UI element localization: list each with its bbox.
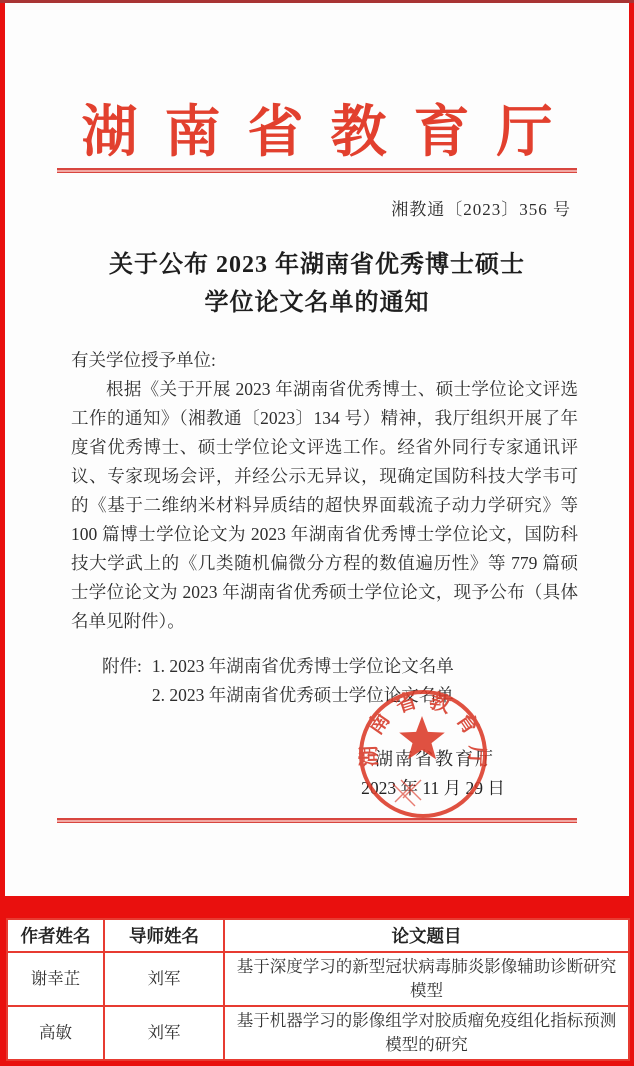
official-seal: 湖南省教育厅	[353, 688, 495, 824]
agency-name: 湖南省教育厅	[5, 88, 629, 168]
thesis-table: 作者姓名 导师姓名 论文题目 谢幸芷 刘军 基于深度学习的新型冠状病毒肺炎影像辅…	[6, 918, 630, 1061]
attachment-item: 1. 2023 年湖南省优秀博士学位论文名单	[152, 652, 454, 681]
notice-title-line2: 学位论文名单的通知	[5, 284, 629, 322]
scanned-notice-page: 湖南省教育厅 湘教通〔2023〕356 号 关于公布 2023 年湖南省优秀博士…	[0, 0, 634, 1066]
author-cell: 谢幸芷	[7, 952, 104, 1006]
header-author: 作者姓名	[7, 919, 104, 952]
advisor-cell: 刘军	[104, 1006, 224, 1060]
document-paper: 湖南省教育厅 湘教通〔2023〕356 号 关于公布 2023 年湖南省优秀博士…	[5, 3, 629, 896]
header-divider-rule	[57, 168, 577, 173]
advisor-cell: 刘军	[104, 952, 224, 1006]
title-cell: 基于机器学习的影像组学对胶质瘤免疫组化指标预测模型的研究	[224, 1006, 629, 1060]
header-advisor: 导师姓名	[104, 919, 224, 952]
notice-title-line1: 关于公布 2023 年湖南省优秀博士硕士	[5, 246, 629, 284]
author-cell: 高敏	[7, 1006, 104, 1060]
document-number: 湘教通〔2023〕356 号	[391, 195, 571, 220]
title-cell: 基于深度学习的新型冠状病毒肺炎影像辅助诊断研究模型	[224, 952, 629, 1006]
table-row: 高敏 刘军 基于机器学习的影像组学对胶质瘤免疫组化指标预测模型的研究	[7, 1006, 629, 1060]
seal-texture	[393, 780, 421, 806]
table-row: 谢幸芷 刘军 基于深度学习的新型冠状病毒肺炎影像辅助诊断研究模型	[7, 952, 629, 1006]
table-header-row: 作者姓名 导师姓名 论文题目	[7, 919, 629, 952]
seal-star	[399, 716, 445, 759]
body-paragraph: 根据《关于开展 2023 年湖南省优秀博士、硕士学位论文评选工作的通知》（湘教通…	[71, 375, 578, 636]
thesis-table-section: 作者姓名 导师姓名 论文题目 谢幸芷 刘军 基于深度学习的新型冠状病毒肺炎影像辅…	[6, 918, 628, 1061]
notice-title: 关于公布 2023 年湖南省优秀博士硕士 学位论文名单的通知	[5, 246, 629, 322]
salutation: 有关学位授予单位:	[71, 347, 216, 372]
footer-divider-rule	[57, 818, 577, 823]
header-title: 论文题目	[224, 919, 629, 952]
attachments-label: 附件:	[102, 652, 142, 710]
